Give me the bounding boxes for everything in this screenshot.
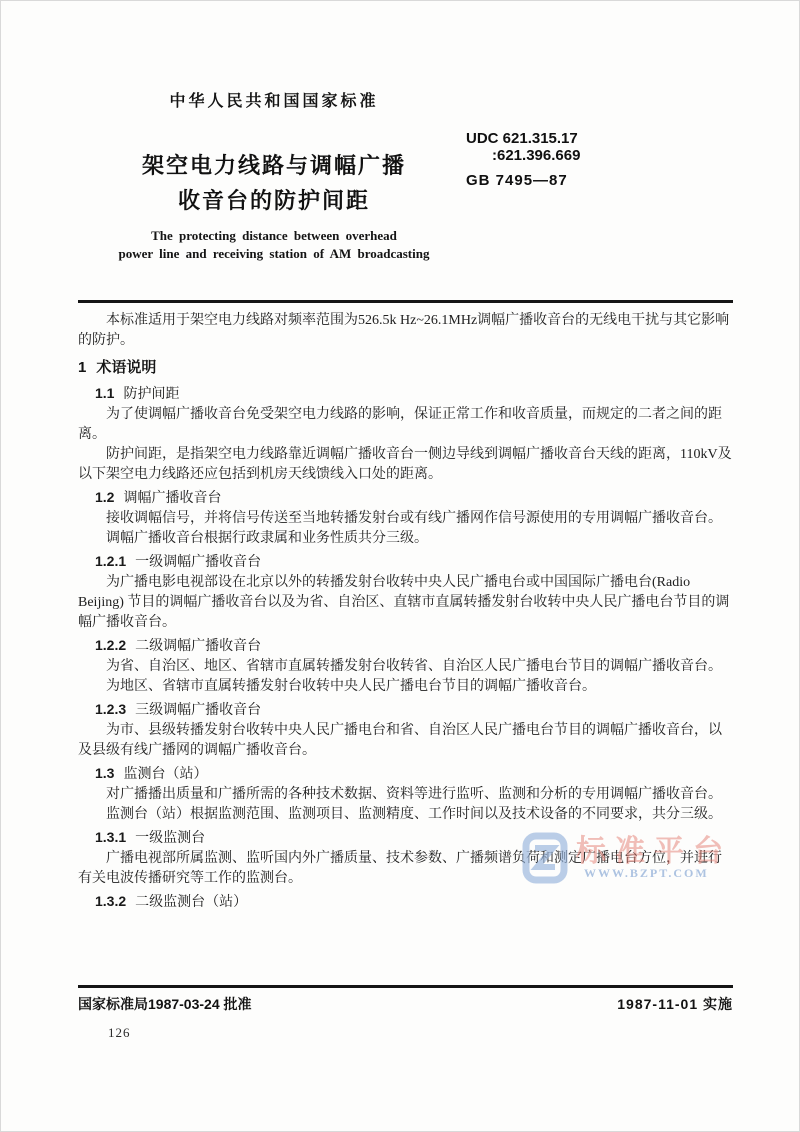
body-paragraph: 为市、县级转播发射台收转中央人民广播电台和省、自治区人民广播电台节目的调幅广播收… [78, 721, 733, 761]
body-paragraph: 为了使调幅广播收音台免受架空电力线路的影响，保证正常工作和收音质量，而规定的二者… [78, 405, 733, 445]
body-paragraph: 调幅广播收音台根据行政隶属和业务性质共分三级。 [78, 529, 733, 549]
document-title-en-line2: power line and receiving station of AM b… [78, 245, 470, 263]
section-heading: 1.2调幅广播收音台 [78, 487, 733, 507]
standard-number: GB 7495—87 [466, 172, 568, 189]
section-number: 1.2.2 [95, 637, 126, 653]
section-title: 一级监测台 [135, 829, 205, 845]
section-number: 1.3.2 [95, 893, 126, 909]
section-heading: 1术语说明 [78, 358, 733, 378]
section-heading: 1.3监测台（站） [78, 763, 733, 783]
body-paragraph: 接收调幅信号，并将信号传送至当地转播发射台或有线广播网作信号源使用的专用调幅广播… [78, 509, 733, 529]
section-title: 防护间距 [123, 385, 179, 401]
udc-line1: UDC 621.315.17 [466, 130, 580, 147]
section-title: 调幅广播收音台 [123, 489, 221, 505]
body-paragraph: 防护间距，是指架空电力线路靠近调幅广播收音台一侧边导线到调幅广播收音台天线的距离… [78, 445, 733, 485]
section-heading: 1.2.2二级调幅广播收音台 [78, 635, 733, 655]
section-title: 三级调幅广播收音台 [135, 701, 261, 717]
section-title: 二级监测台（站） [135, 893, 247, 909]
body-paragraph: 广播电视部所属监测、监听国内外广播质量、技术参数、广播频谱负荷和测定广播电台方位… [78, 849, 733, 889]
document-title-en-line1: The protecting distance between overhead [78, 227, 470, 245]
scanned-standard-page: 中华人民共和国国家标准 UDC 621.315.17 :621.396.669 … [0, 0, 800, 1132]
document-title: 架空电力线路与调幅广播 收音台的防护间距 [78, 148, 470, 218]
header-divider [78, 300, 733, 303]
document-title-line2: 收音台的防护间距 [78, 183, 470, 218]
document-body: 本标准适用于架空电力线路对频率范围为526.5k Hz~26.1MHz调幅广播收… [78, 311, 733, 913]
body-paragraph: 为地区、省辖市直属转播发射台收转中央人民广播电台节目的调幅广播收音台。 [78, 677, 733, 697]
document-title-line1: 架空电力线路与调幅广播 [78, 148, 470, 183]
body-paragraph: 为广播电影电视部设在北京以外的转播发射台收转中央人民广播电台或中国国际广播电台(… [78, 573, 733, 633]
page-number: 126 [108, 1025, 131, 1041]
body-paragraph: 本标准适用于架空电力线路对频率范围为526.5k Hz~26.1MHz调幅广播收… [78, 311, 733, 351]
section-heading: 1.1防护间距 [78, 383, 733, 403]
document-title-english: The protecting distance between overhead… [78, 227, 470, 263]
section-number: 1.2.1 [95, 553, 126, 569]
standard-header-text: 中华人民共和国国家标准 [169, 93, 378, 110]
section-heading: 1.3.1一级监测台 [78, 827, 733, 847]
body-paragraph: 对广播播出质量和广播所需的各种技术数据、资料等进行监听、监测和分析的专用调幅广播… [78, 785, 733, 805]
section-title: 二级调幅广播收音台 [135, 637, 261, 653]
section-number: 1.2.3 [95, 701, 126, 717]
section-number: 1.1 [95, 385, 114, 401]
footer: 国家标准局1987-03-24 批准 1987-11-01 实施 [78, 994, 733, 1014]
approval-date: 国家标准局1987-03-24 批准 [78, 994, 252, 1014]
section-title: 一级调幅广播收音台 [135, 553, 261, 569]
section-heading: 1.2.1一级调幅广播收音台 [78, 551, 733, 571]
body-paragraph: 为省、自治区、地区、省辖市直属转播发射台收转省、自治区人民广播电台节目的调幅广播… [78, 657, 733, 677]
section-heading: 1.3.2二级监测台（站） [78, 891, 733, 911]
implementation-date: 1987-11-01 实施 [617, 994, 733, 1014]
section-number: 1.3 [95, 765, 114, 781]
body-paragraph: 监测台（站）根据监测范围、监测项目、监测精度、工作时间以及技术设备的不同要求，共… [78, 805, 733, 825]
section-title: 术语说明 [96, 359, 156, 376]
section-heading: 1.2.3三级调幅广播收音台 [78, 699, 733, 719]
udc-line2: :621.396.669 [466, 147, 580, 164]
footer-divider [78, 985, 733, 988]
standard-header: 中华人民共和国国家标准 [78, 88, 470, 111]
section-number: 1.2 [95, 489, 114, 505]
section-number: 1 [78, 359, 86, 376]
section-title: 监测台（站） [123, 765, 207, 781]
udc-classification: UDC 621.315.17 :621.396.669 [466, 130, 580, 164]
section-number: 1.3.1 [95, 829, 126, 845]
